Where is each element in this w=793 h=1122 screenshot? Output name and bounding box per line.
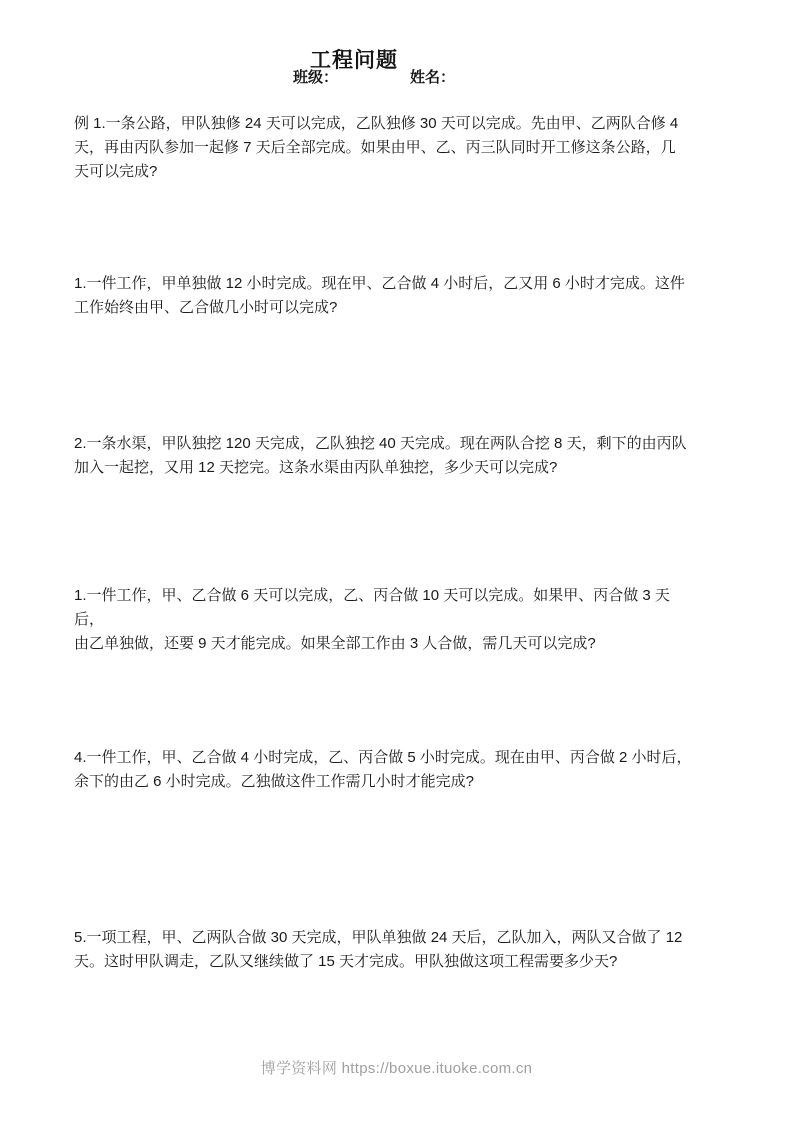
problem-text-line: 2.一条水渠，甲队独挖 120 天完成，乙队独挖 40 天完成。现在两队合挖 8…	[74, 432, 694, 456]
problem-4: 4.一件工作，甲、乙合做 4 小时完成，乙、丙合做 5 小时完成。现在由甲、丙合…	[74, 746, 694, 794]
student-info-row: 班级： 姓名：	[293, 66, 455, 87]
problem-example-1: 例 1.一条公路，甲队独修 24 天可以完成，乙队独修 30 天可以完成。先由甲…	[74, 112, 694, 184]
footer-site-text: 博学资料网 https://boxue.ituoke.com.cn	[261, 1060, 533, 1077]
problem-text-line: 4.一件工作，甲、乙合做 4 小时完成，乙、丙合做 5 小时完成。现在由甲、丙合…	[74, 746, 694, 770]
problem-text-line: 1.一件工作，甲、乙合做 6 天可以完成，乙、丙合做 10 天可以完成。如果甲、…	[74, 584, 694, 632]
problem-2: 2.一条水渠，甲队独挖 120 天完成，乙队独挖 40 天完成。现在两队合挖 8…	[74, 432, 694, 480]
problem-text-line: 天可以完成?	[74, 160, 694, 184]
problem-1: 1.一件工作，甲单独做 12 小时完成。现在甲、乙合做 4 小时后，乙又用 6 …	[74, 272, 694, 320]
problem-3: 1.一件工作，甲、乙合做 6 天可以完成，乙、丙合做 10 天可以完成。如果甲、…	[74, 584, 694, 656]
worksheet-page: 工程问题 班级： 姓名： 例 1.一条公路，甲队独修 24 天可以完成，乙队独修…	[0, 0, 793, 1122]
problem-text-line: 5.一项工程，甲、乙两队合做 30 天完成，甲队单独做 24 天后，乙队加入，两…	[74, 926, 694, 950]
problem-5: 5.一项工程，甲、乙两队合做 30 天完成，甲队单独做 24 天后，乙队加入，两…	[74, 926, 694, 974]
problem-text-line: 天。这时甲队调走，乙队又继续做了 15 天才完成。甲队独做这项工程需要多少天?	[74, 950, 694, 974]
problem-text-line: 工作始终由甲、乙合做几小时可以完成?	[74, 296, 694, 320]
problem-text-line: 1.一件工作，甲单独做 12 小时完成。现在甲、乙合做 4 小时后，乙又用 6 …	[74, 272, 694, 296]
problem-text-line: 余下的由乙 6 小时完成。乙独做这件工作需几小时才能完成?	[74, 770, 694, 794]
problem-text-line: 例 1.一条公路，甲队独修 24 天可以完成，乙队独修 30 天可以完成。先由甲…	[74, 112, 694, 136]
problem-text-line: 由乙单独做，还要 9 天才能完成。如果全部工作由 3 人合做，需几天可以完成?	[74, 632, 694, 656]
footer-watermark: 博学资料网 https://boxue.ituoke.com.cn	[0, 1057, 793, 1078]
class-label: 班级：	[293, 66, 338, 87]
name-label: 姓名：	[410, 66, 455, 87]
problem-text-line: 加入一起挖，又用 12 天挖完。这条水渠由丙队单独挖，多少天可以完成?	[74, 456, 694, 480]
problem-text-line: 天，再由丙队参加一起修 7 天后全部完成。如果由甲、乙、丙三队同时开工修这条公路…	[74, 136, 694, 160]
